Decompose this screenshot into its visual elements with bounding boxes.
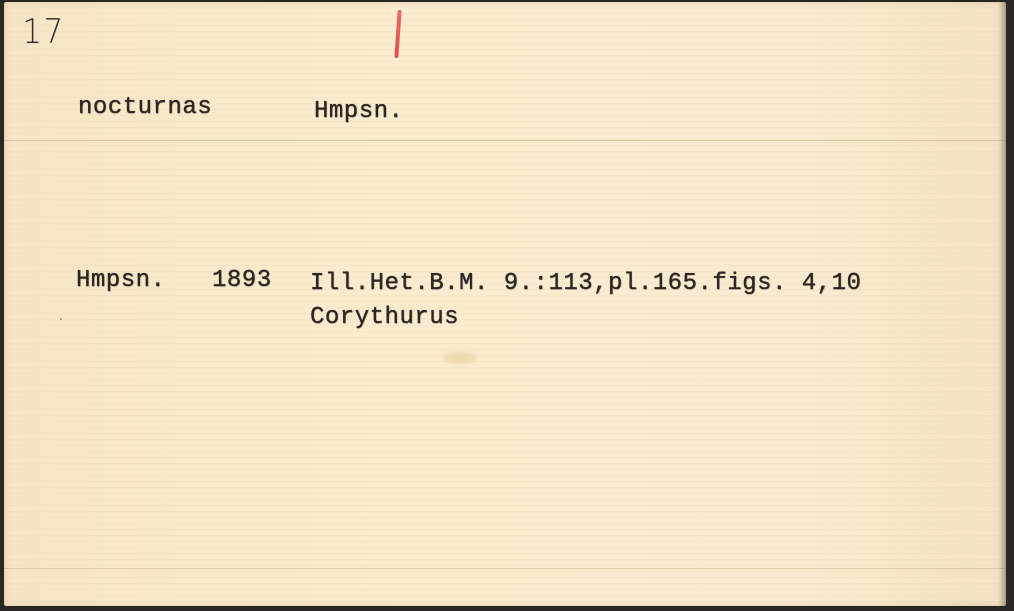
card-edge-shadow xyxy=(998,2,1006,606)
index-card: 17 nocturnas Hmpsn. Hmpsn. 1893 Ill.Het.… xyxy=(4,2,1006,606)
species-name: nocturnas xyxy=(78,94,212,121)
red-pencil-tick-icon xyxy=(394,10,401,58)
handwritten-card-number: 17 xyxy=(22,12,65,52)
ink-speck xyxy=(60,318,62,320)
ruled-line xyxy=(4,140,1006,141)
reference-citation: Ill.Het.B.M. 9.:113,pl.165.figs. 4,10 xyxy=(310,270,861,297)
paper-stain xyxy=(442,352,478,364)
reference-genus: Corythurus xyxy=(310,304,459,331)
ruled-line xyxy=(4,568,1006,569)
species-author: Hmpsn. xyxy=(314,98,403,125)
reference-year: 1893 xyxy=(212,267,272,294)
reference-author: Hmpsn. xyxy=(76,267,165,294)
